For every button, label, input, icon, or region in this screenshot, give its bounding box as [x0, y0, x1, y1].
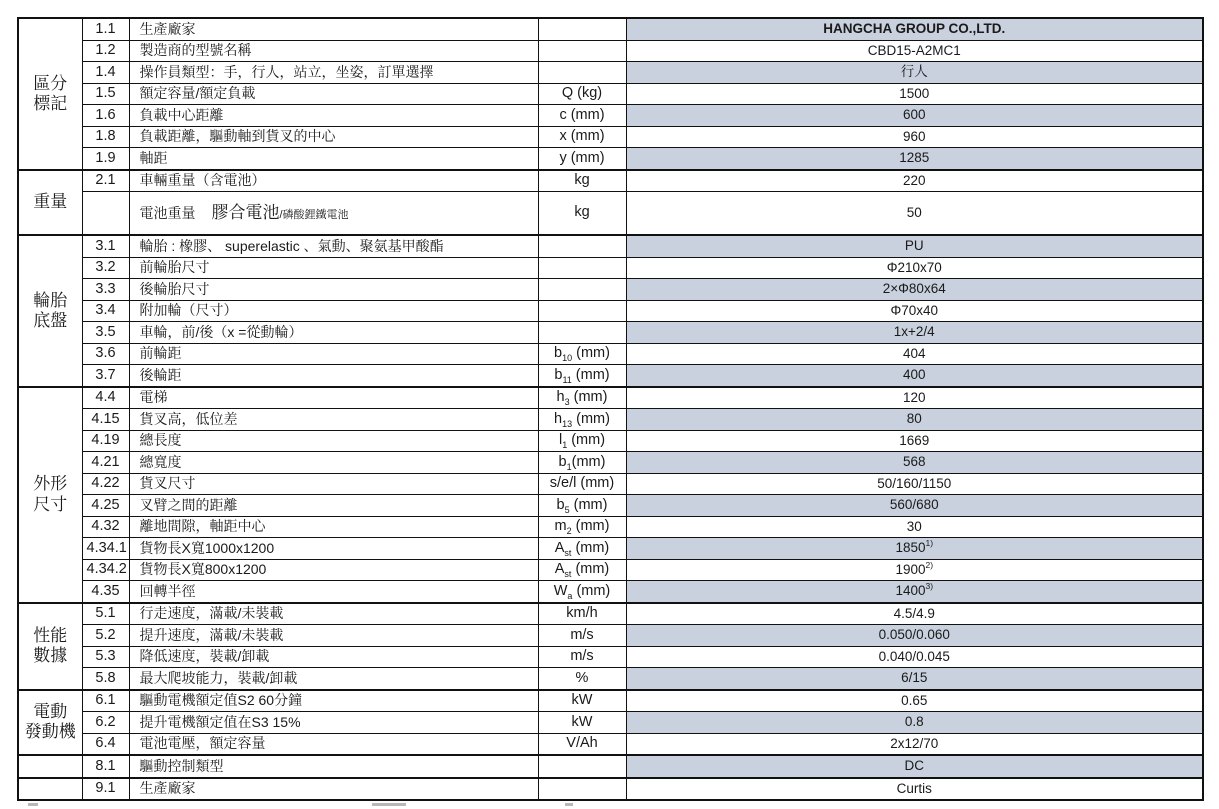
description-cell: 軸距 [129, 148, 538, 170]
value-footnote-marker: 3) [925, 581, 933, 591]
value-text: 50 [907, 205, 922, 220]
value-cell: 1500 [626, 83, 1203, 105]
value-cell: Φ210x70 [626, 257, 1203, 279]
value-text: 行人 [901, 64, 928, 79]
unit-cell: m2 (mm) [538, 516, 626, 538]
unit-subscript: 10 [562, 353, 572, 363]
unit-symbol: b [559, 454, 567, 470]
category-label: 區分 [21, 74, 80, 94]
row-number-cell: 3.6 [82, 343, 129, 365]
unit-cell: V/Ah [538, 733, 626, 755]
unit-cell: Ast (mm) [538, 559, 626, 581]
unit-measure: (mm) [567, 128, 605, 144]
unit-cell: x (mm) [538, 126, 626, 148]
description-cell: 離地間隙，軸距中心 [129, 516, 538, 538]
category-cell: 性能數據 [18, 603, 82, 690]
category-cell: 電動發動機 [18, 690, 82, 756]
value-cell: 600 [626, 105, 1203, 127]
row-number-cell: 9.1 [82, 778, 129, 801]
row-number-cell: 4.22 [82, 473, 129, 495]
unit-measure: (mm) [572, 411, 610, 427]
value-cell: 404 [626, 343, 1203, 365]
row-number-cell: 5.3 [82, 646, 129, 668]
unit-symbol: A [555, 540, 565, 556]
value-text: 1850 [895, 540, 925, 555]
unit-measure: (mm) [572, 345, 610, 361]
description-cell: 貨物長X寬800x1200 [129, 559, 538, 581]
row-number-cell: 1.9 [82, 148, 129, 170]
value-cell: HANGCHA GROUP CO.,LTD. [626, 18, 1203, 40]
value-text: 1285 [899, 150, 929, 165]
unit-measure: (mm) [570, 389, 608, 405]
category-label: 底盤 [21, 311, 80, 331]
unit-symbol: h [557, 389, 565, 405]
unit-cell: h13 (mm) [538, 409, 626, 431]
row-number-cell: 2.1 [82, 170, 129, 192]
footnote-fragment [372, 803, 406, 806]
unit-cell [538, 40, 626, 62]
unit-cell: Wa (mm) [538, 581, 626, 603]
description-cell: 車輛重量（含電池） [129, 170, 538, 192]
row-number-cell: 4.25 [82, 495, 129, 517]
value-cell: 50/160/1150 [626, 473, 1203, 495]
unit-cell: km/h [538, 603, 626, 625]
category-cell: 區分標記 [18, 18, 82, 170]
value-text: 4.5/4.9 [894, 606, 935, 621]
category-cell [18, 755, 82, 778]
unit-symbol: A [555, 561, 565, 577]
description-text: 電池重量 [140, 205, 196, 221]
unit-symbol: m [555, 518, 567, 534]
row-number-cell: 3.3 [82, 279, 129, 301]
value-cell: 0.65 [626, 690, 1203, 712]
value-cell: Curtis [626, 778, 1203, 801]
value-text: 0.040/0.045 [879, 649, 950, 664]
row-number-cell: 3.4 [82, 300, 129, 322]
unit-cell: h3 (mm) [538, 387, 626, 409]
description-cell: 貨叉尺寸 [129, 473, 538, 495]
row-number-cell: 5.8 [82, 668, 129, 690]
unit-cell [538, 18, 626, 40]
row-number-cell: 1.4 [82, 62, 129, 84]
value-cell: 19002) [626, 559, 1203, 581]
value-text: 568 [903, 454, 926, 469]
description-cell: 後輪胎尺寸 [129, 279, 538, 301]
value-text: HANGCHA GROUP CO.,LTD. [823, 21, 1005, 36]
description-cell: 後輪距 [129, 365, 538, 387]
value-cell: PU [626, 235, 1203, 257]
row-number-cell: 5.1 [82, 603, 129, 625]
value-cell: 220 [626, 170, 1203, 192]
row-number-cell: 6.2 [82, 712, 129, 734]
row-number-cell: 1.1 [82, 18, 129, 40]
row-number-cell: 8.1 [82, 755, 129, 778]
description-cell: 最大爬坡能力，裝載/卸載 [129, 668, 538, 690]
value-cell: CBD15-A2MC1 [626, 40, 1203, 62]
footnote-fragment [28, 803, 38, 806]
category-cell: 外形尺寸 [18, 387, 82, 603]
unit-cell: kg [538, 170, 626, 192]
value-text: CBD15-A2MC1 [868, 43, 961, 58]
description-battery-type: 膠合電池 [212, 203, 280, 222]
value-cell: 2×Φ80x64 [626, 279, 1203, 301]
value-text: 960 [903, 129, 926, 144]
unit-measure: (mm) [571, 561, 609, 577]
row-number-cell [82, 192, 129, 236]
value-text: PU [905, 238, 924, 253]
description-cell: 生產廠家 [129, 18, 538, 40]
unit-cell [538, 322, 626, 344]
unit-symbol: y [559, 150, 566, 166]
value-text: 2x12/70 [890, 736, 938, 751]
row-number-cell: 4.21 [82, 452, 129, 474]
description-cell: 車輪，前/後（x =從動輪） [129, 322, 538, 344]
category-label: 輪胎 [21, 291, 80, 311]
value-cell: 30 [626, 516, 1203, 538]
description-cell: 操作員類型：手，行人，站立，坐姿，訂單選擇 [129, 62, 538, 84]
category-cell: 輪胎底盤 [18, 235, 82, 387]
category-label: 尺寸 [21, 495, 80, 515]
row-number-cell: 3.2 [82, 257, 129, 279]
value-cell: 400 [626, 365, 1203, 387]
value-text: 1900 [895, 562, 925, 577]
value-text: Curtis [897, 781, 932, 796]
row-number-cell: 1.5 [82, 83, 129, 105]
value-text: 50/160/1150 [877, 476, 951, 491]
row-number-cell: 3.5 [82, 322, 129, 344]
value-text: 120 [903, 390, 926, 405]
description-cell: 回轉半徑 [129, 581, 538, 603]
value-cell: 960 [626, 126, 1203, 148]
unit-cell [538, 235, 626, 257]
spec-table: 區分標記1.1生產廠家HANGCHA GROUP CO.,LTD.1.2製造商的… [17, 17, 1204, 801]
unit-cell: m/s [538, 625, 626, 647]
unit-measure: (mm) [567, 150, 605, 166]
value-text: 600 [903, 107, 926, 122]
description-cell: 提升速度，滿載/未裝載 [129, 625, 538, 647]
unit-cell: b5 (mm) [538, 495, 626, 517]
category-label: 外形 [21, 474, 80, 494]
value-cell: 560/680 [626, 495, 1203, 517]
value-cell: DC [626, 755, 1203, 778]
value-cell: 0.040/0.045 [626, 646, 1203, 668]
unit-measure: (kg) [573, 85, 602, 101]
description-cell: 叉臂之間的距離 [129, 495, 538, 517]
description-cell: 驅動電機額定值S2 60分鐘 [129, 690, 538, 712]
unit-cell: kg [538, 192, 626, 236]
value-text: 400 [903, 367, 926, 382]
description-battery-type-alt: /磷酸鋰鐵電池 [280, 209, 349, 221]
value-cell: 6/15 [626, 668, 1203, 690]
unit-subscript: 13 [562, 419, 572, 429]
value-text: 1x+2/4 [894, 324, 935, 339]
unit-cell: b11 (mm) [538, 365, 626, 387]
value-cell: Φ70x40 [626, 300, 1203, 322]
category-label: 重量 [21, 192, 80, 212]
unit-cell: y (mm) [538, 148, 626, 170]
unit-cell: m/s [538, 646, 626, 668]
description-cell: 附加輪（尺寸） [129, 300, 538, 322]
description-cell: 製造商的型號名稱 [129, 40, 538, 62]
value-cell: 1x+2/4 [626, 322, 1203, 344]
description-cell: 負載中心距離 [129, 105, 538, 127]
value-cell: 2x12/70 [626, 733, 1203, 755]
value-text: 220 [903, 173, 926, 188]
value-footnote-marker: 1) [925, 538, 933, 548]
unit-measure: (mm) [570, 497, 608, 513]
value-text: 80 [907, 411, 922, 426]
unit-symbol: Q [562, 85, 573, 101]
value-cell: 18501) [626, 538, 1203, 560]
description-cell: 貨物長X寬1000x1200 [129, 538, 538, 560]
unit-cell [538, 257, 626, 279]
unit-cell: b1(mm) [538, 452, 626, 474]
unit-cell [538, 279, 626, 301]
description-cell: 負載距離，驅動軸到貨叉的中心 [129, 126, 538, 148]
value-cell: 80 [626, 409, 1203, 431]
description-cell: 行走速度，滿載/未裝載 [129, 603, 538, 625]
unit-cell [538, 300, 626, 322]
row-number-cell: 4.4 [82, 387, 129, 409]
value-text: 1500 [899, 86, 929, 101]
row-number-cell: 4.15 [82, 409, 129, 431]
unit-cell [538, 778, 626, 801]
row-number-cell: 4.35 [82, 581, 129, 603]
unit-symbol: c [559, 107, 566, 123]
value-cell: 120 [626, 387, 1203, 409]
unit-symbol: x [559, 128, 566, 144]
value-cell: 1285 [626, 148, 1203, 170]
category-label: 數據 [21, 646, 80, 666]
description-cell: 電池電壓，額定容量 [129, 733, 538, 755]
row-number-cell: 5.2 [82, 625, 129, 647]
unit-cell: l1 (mm) [538, 430, 626, 452]
description-cell: 總長度 [129, 430, 538, 452]
unit-measure: (mm) [571, 540, 609, 556]
unit-cell: % [538, 668, 626, 690]
value-cell: 568 [626, 452, 1203, 474]
unit-cell [538, 755, 626, 778]
row-number-cell: 6.4 [82, 733, 129, 755]
unit-measure: (mm) [572, 454, 606, 470]
value-text: 1400 [895, 583, 925, 598]
category-cell [18, 778, 82, 801]
unit-cell: s/e/l (mm) [538, 473, 626, 495]
unit-cell: kW [538, 712, 626, 734]
value-text: 0.8 [905, 714, 924, 729]
category-label: 性能 [21, 626, 80, 646]
category-label: 發動機 [21, 722, 80, 742]
category-label: 標記 [21, 94, 80, 114]
value-cell: 0.8 [626, 712, 1203, 734]
row-number-cell: 4.32 [82, 516, 129, 538]
unit-measure: (mm) [572, 583, 610, 599]
value-text: Φ210x70 [887, 260, 942, 275]
description-cell: 生產廠家 [129, 778, 538, 801]
unit-subscript: 11 [562, 375, 571, 385]
value-text: 560/680 [890, 497, 939, 512]
unit-measure: (mm) [567, 432, 605, 448]
value-cell: 4.5/4.9 [626, 603, 1203, 625]
category-label: 電動 [21, 702, 80, 722]
unit-symbol: h [554, 411, 562, 427]
description-cell: 驅動控制類型 [129, 755, 538, 778]
unit-cell: kW [538, 690, 626, 712]
description-cell: 前輪距 [129, 343, 538, 365]
row-number-cell: 1.2 [82, 40, 129, 62]
value-cell: 0.050/0.060 [626, 625, 1203, 647]
row-number-cell: 4.34.1 [82, 538, 129, 560]
value-cell: 50 [626, 192, 1203, 236]
unit-measure: (mm) [567, 107, 605, 123]
row-number-cell: 1.8 [82, 126, 129, 148]
description-cell: 提升電機額定值在S3 15% [129, 712, 538, 734]
value-footnote-marker: 2) [925, 560, 933, 570]
value-cell: 行人 [626, 62, 1203, 84]
row-number-cell: 4.19 [82, 430, 129, 452]
unit-measure: (mm) [572, 367, 610, 383]
value-cell: 14003) [626, 581, 1203, 603]
description-cell: 降低速度，裝載/卸載 [129, 646, 538, 668]
row-number-cell: 6.1 [82, 690, 129, 712]
value-text: Φ70x40 [890, 303, 938, 318]
row-number-cell: 3.1 [82, 235, 129, 257]
value-text: 404 [903, 346, 926, 361]
value-text: 0.050/0.060 [879, 627, 950, 642]
description-cell: 電梯 [129, 387, 538, 409]
value-text: 0.65 [901, 693, 927, 708]
description-cell: 貨叉高，低位差 [129, 409, 538, 431]
row-number-cell: 4.34.2 [82, 559, 129, 581]
unit-measure: (mm) [572, 518, 610, 534]
spec-sheet-page: 區分標記1.1生產廠家HANGCHA GROUP CO.,LTD.1.2製造商的… [0, 0, 1219, 809]
value-text: DC [905, 758, 925, 773]
description-cell: 前輪胎尺寸 [129, 257, 538, 279]
description-cell: 總寬度 [129, 452, 538, 474]
row-number-cell: 1.6 [82, 105, 129, 127]
unit-cell [538, 62, 626, 84]
unit-cell: Q (kg) [538, 83, 626, 105]
value-text: 6/15 [901, 670, 927, 685]
unit-cell: c (mm) [538, 105, 626, 127]
unit-cell: Ast (mm) [538, 538, 626, 560]
description-cell: 額定容量/額定負載 [129, 83, 538, 105]
description-cell: 輪胎 : 橡膠、 superelastic 、氣動、聚氨基甲酸酯 [129, 235, 538, 257]
value-text: 2×Φ80x64 [883, 281, 946, 296]
value-cell: 1669 [626, 430, 1203, 452]
row-number-cell: 3.7 [82, 365, 129, 387]
unit-cell: b10 (mm) [538, 343, 626, 365]
description-cell: 電池重量膠合電池/磷酸鋰鐵電池 [129, 192, 538, 236]
value-text: 30 [907, 519, 922, 534]
unit-symbol: b [554, 345, 562, 361]
footnote-fragment [565, 803, 573, 806]
unit-symbol: b [557, 497, 565, 513]
unit-symbol: W [554, 583, 568, 599]
category-cell: 重量 [18, 170, 82, 236]
value-text: 1669 [899, 433, 929, 448]
